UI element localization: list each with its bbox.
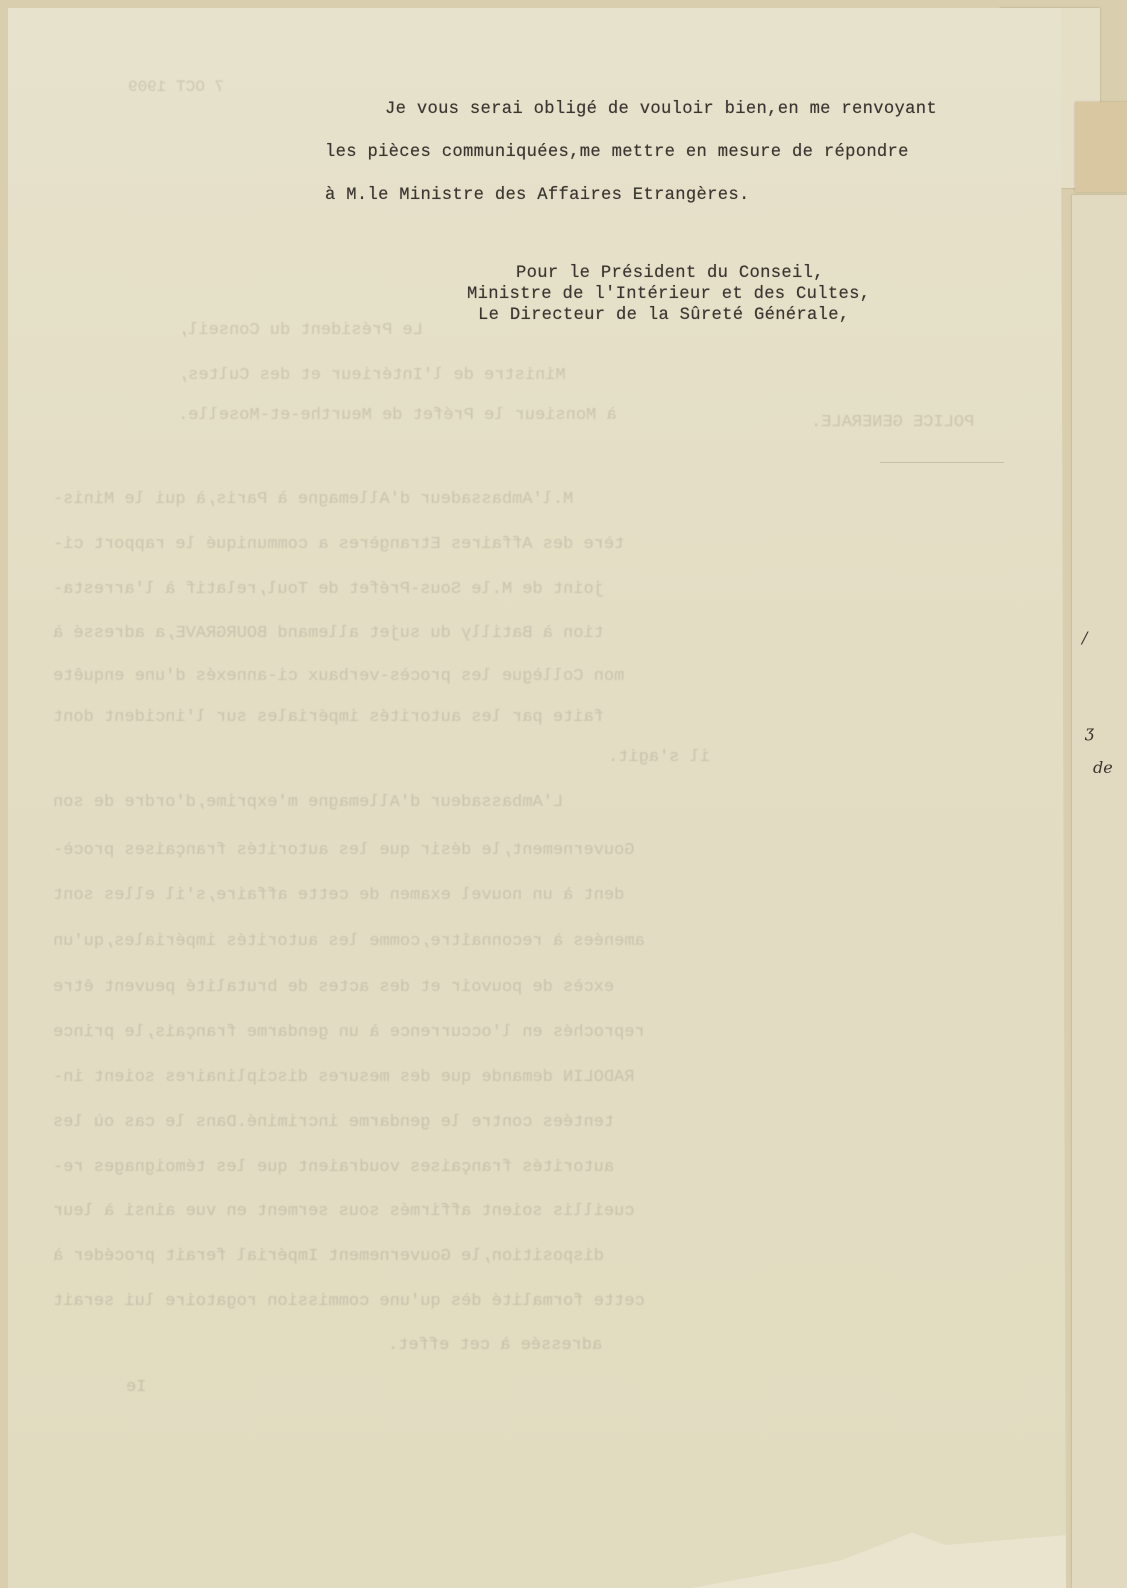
bleed-body-line: cette formalité dès qu'une commission ro… bbox=[53, 1292, 645, 1311]
bleed-body-line: tère des Affaires Etrangères a communiqu… bbox=[53, 535, 624, 554]
bleed-date-stamp: 7 OCT 1909 bbox=[128, 78, 224, 96]
bleed-body-line: autorités françaises voudraient que les … bbox=[53, 1158, 614, 1177]
bleed-address-line: à Monsieur le Préfet de Meurthe-et-Mosel… bbox=[178, 406, 617, 425]
paper-fold-crease bbox=[648, 1508, 1127, 1588]
bleed-heading: POLICE GENERALE. bbox=[811, 413, 974, 432]
bleed-body-line: mon Collègue les procès-verbaux ci-annex… bbox=[53, 667, 624, 686]
closing-paragraph-line: Je vous serai obligé de vouloir bien,en … bbox=[385, 100, 937, 119]
closing-paragraph-line: à M.le Ministre des Affaires Etrangères. bbox=[325, 186, 750, 205]
bleed-body-line: disposition,le Gouvernement Impérial fer… bbox=[53, 1247, 604, 1266]
signature-line-minister: Ministre de l'Intérieur et des Cultes, bbox=[467, 285, 870, 304]
bleed-body-line: L'Ambassadeur d'Allemagne m'exprime,d'or… bbox=[53, 793, 563, 812]
signature-line-director: Le Directeur de la Sûreté Générale, bbox=[478, 306, 850, 325]
bleed-body-line: M.l'Ambassadeur d'Allemagne à Paris,à qu… bbox=[53, 490, 573, 509]
bleed-body-line: il s'agit. bbox=[608, 748, 710, 767]
bleed-initials: Ie bbox=[126, 1378, 146, 1397]
underlying-page-tab bbox=[1075, 102, 1127, 192]
bleed-body-line: adressée à cet effet. bbox=[388, 1336, 602, 1355]
bleed-body-line: tion à Batilly du sujet allemand BOURGRA… bbox=[53, 624, 604, 643]
bleed-body-line: faite par les autorités impériales sur l… bbox=[53, 708, 604, 727]
document-page: 7 OCT 1909 POLICE GENERALE. Le Président… bbox=[8, 8, 1066, 1588]
handwritten-mark: ʒ bbox=[1085, 722, 1094, 741]
handwritten-mark: / bbox=[1082, 628, 1087, 647]
bleed-body-line: reprochés en l'occurrence à un gendarme … bbox=[53, 1023, 645, 1042]
bleed-heading-rule bbox=[880, 462, 1004, 463]
bleed-body-line: dent à un nouvel examen de cette affaire… bbox=[53, 886, 624, 905]
signature-line-president: Pour le Président du Conseil, bbox=[516, 264, 824, 283]
bleed-body-line: joint de M.le Sous-Préfet de Toul,relati… bbox=[53, 580, 604, 599]
bleed-body-line: cueillis soient affirmés sous serment en… bbox=[53, 1202, 635, 1221]
bleed-address-line: Ministre de l'Intérieur et des Cultes, bbox=[178, 366, 566, 385]
bleed-body-line: amenées à reconnaître,comme les autorité… bbox=[53, 932, 645, 951]
bleed-address-line: Le Président du Conseil, bbox=[178, 321, 423, 340]
closing-paragraph-line: les pièces communiquées,me mettre en mes… bbox=[325, 143, 909, 162]
bleed-body-line: Gouvernement,le désir que les autorités … bbox=[53, 841, 635, 860]
bleed-body-line: excès de pouvoir et des actes de brutali… bbox=[53, 978, 614, 997]
underlying-page-right bbox=[1072, 195, 1127, 1588]
bleed-body-line: tentées contre le gendarme incriminé.Dan… bbox=[53, 1113, 614, 1132]
handwritten-mark: de bbox=[1093, 758, 1113, 777]
bleed-body-line: RADOLIN demande que des mesures discipli… bbox=[53, 1068, 635, 1087]
